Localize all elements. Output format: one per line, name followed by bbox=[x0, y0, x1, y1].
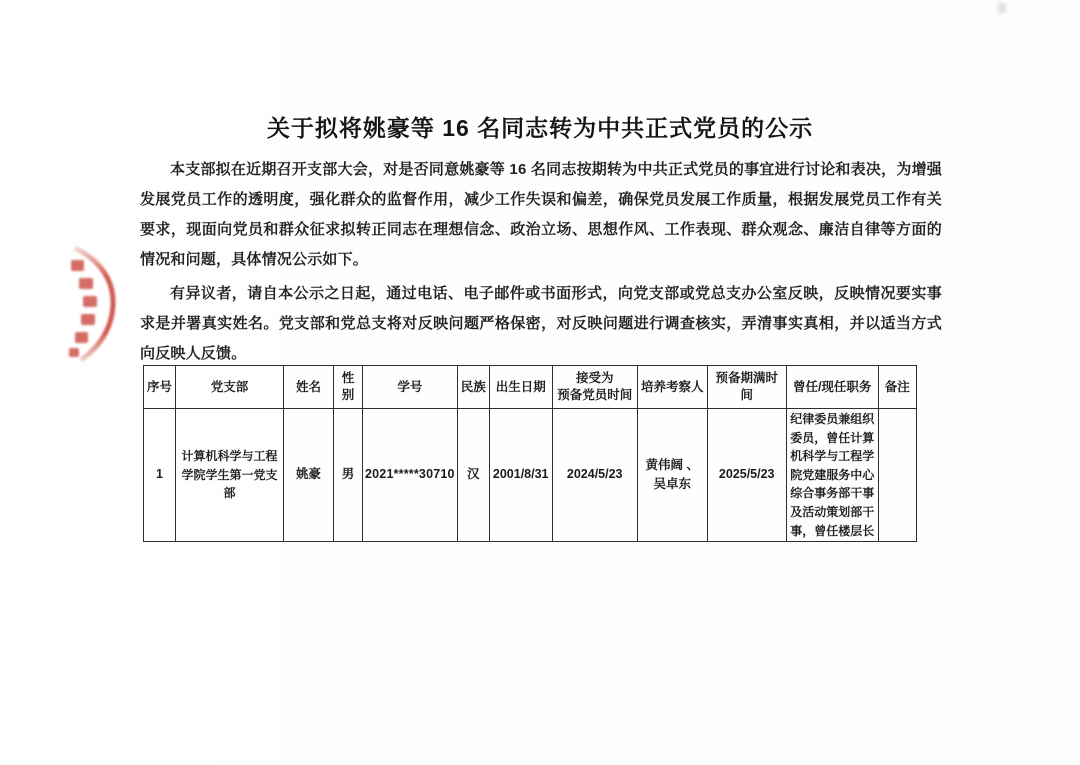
cell-probation-end: 2025/5/23 bbox=[707, 409, 786, 542]
cell-birth-date: 2001/8/31 bbox=[489, 409, 552, 542]
header-remark: 备注 bbox=[878, 366, 916, 409]
page-title: 关于拟将姚豪等 16 名同志转为中共正式党员的公示 bbox=[0, 110, 1080, 143]
cell-student-id: 2021*****30710 bbox=[363, 409, 458, 542]
document-page: 关于拟将姚豪等 16 名同志转为中共正式党员的公示 本支部拟在近期召开支部大会，… bbox=[0, 0, 1080, 765]
cell-gender: 男 bbox=[334, 409, 363, 542]
header-probation-end: 预备期满时间 bbox=[707, 366, 786, 409]
header-student-id: 学号 bbox=[363, 366, 458, 409]
cell-examiners: 黄伟阔 、 吴卓东 bbox=[637, 409, 707, 542]
header-birth-date: 出生日期 bbox=[489, 366, 552, 409]
cell-party-branch: 计算机科学与工程学院学生第一党支部 bbox=[176, 409, 284, 542]
header-ethnicity: 民族 bbox=[457, 366, 489, 409]
paragraph-announcement: 本支部拟在近期召开支部大会，对是否同意姚豪等 16 名同志按期转为中共正式党员的… bbox=[140, 155, 942, 275]
cell-ethnicity: 汉 bbox=[457, 409, 489, 542]
cell-positions: 纪律委员兼组织委员，曾任计算机科学与工程学院党建服务中心综合事务部干事及活动策划… bbox=[786, 409, 878, 542]
header-gender: 性别 bbox=[334, 366, 363, 409]
table-header-row: 序号 党支部 姓名 性别 学号 民族 出生日期 接受为 预备党员时间 培养考察人… bbox=[144, 366, 917, 409]
header-examiners: 培养考察人 bbox=[637, 366, 707, 409]
cell-admitted-date: 2024/5/23 bbox=[552, 409, 637, 542]
announcement-body: 本支部拟在近期召开支部大会，对是否同意姚豪等 16 名同志按期转为中共正式党员的… bbox=[140, 155, 942, 369]
header-name: 姓名 bbox=[284, 366, 334, 409]
table-row: 1 计算机科学与工程学院学生第一党支部 姚豪 男 2021*****30710 … bbox=[144, 409, 917, 542]
official-seal-icon bbox=[45, 238, 135, 368]
cell-remark bbox=[878, 409, 916, 542]
paragraph-objection-instructions: 有异议者，请自本公示之日起，通过电话、电子邮件或书面形式，向党支部或党总支办公室… bbox=[140, 279, 942, 369]
cell-name: 姚豪 bbox=[284, 409, 334, 542]
cell-index: 1 bbox=[144, 409, 176, 542]
header-admitted-date: 接受为 预备党员时间 bbox=[552, 366, 637, 409]
member-roster-table: 序号 党支部 姓名 性别 学号 民族 出生日期 接受为 预备党员时间 培养考察人… bbox=[143, 365, 917, 542]
header-positions: 曾任/现任职务 bbox=[786, 366, 878, 409]
header-party-branch: 党支部 bbox=[176, 366, 284, 409]
header-index: 序号 bbox=[144, 366, 176, 409]
scan-artifact bbox=[998, 3, 1006, 13]
